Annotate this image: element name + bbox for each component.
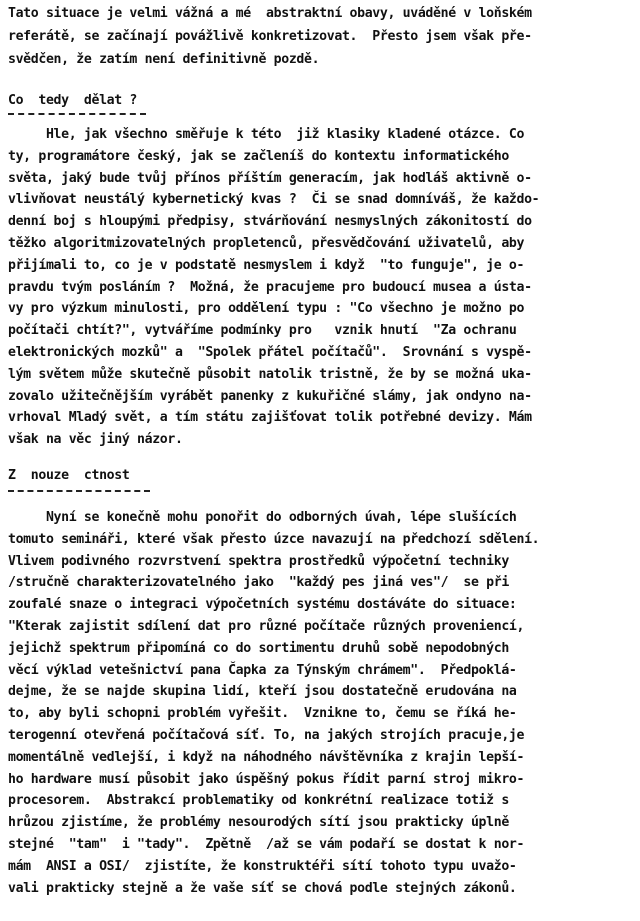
typewritten-page: Tato situace je velmi vážná a mé abstrak… xyxy=(0,0,640,921)
text-line: Vlivem podivného rozvrstvení spektra pro… xyxy=(8,554,509,570)
text-line: lým světem může skutečně působit natolik… xyxy=(8,367,532,383)
text-line: dejme, že se najde skupina lidí, kteří j… xyxy=(8,684,517,700)
text-line: ty, programátore český, jak se začleníš … xyxy=(8,149,509,165)
text-line: jejichž spektrum připomíná co do sortime… xyxy=(8,641,509,657)
text-line: pravdu tvým posláním ? Možná, že pracuje… xyxy=(8,280,532,296)
text-line: věcí výklad vetešnictví pana Čapka za Tý… xyxy=(8,663,517,679)
text-line: zoufalé snaze o integraci výpočetních sy… xyxy=(8,597,517,613)
text-line: mám ANSI a OSI/ zjistíte, že konstruktéř… xyxy=(8,859,517,875)
text-line: momentálně vedlejší, i když na náhodného… xyxy=(8,750,524,766)
text-line: elektronických mozků" a "Spolek přátel p… xyxy=(8,345,532,361)
text-line: stejné "tam" i "tady". Zpětně /až se vám… xyxy=(8,837,524,853)
text-line: Tato situace je velmi vážná a mé abstrak… xyxy=(8,6,532,22)
text-line: terogenní otevřená počítačová síť. To, n… xyxy=(8,728,524,744)
text-line: vali prakticky stejně a že vaše síť se c… xyxy=(8,881,517,897)
section-heading-co-tedy-delat: Co tedy dělat ? xyxy=(8,93,137,109)
text-line: ho hardware musí působit jako úspěšný po… xyxy=(8,772,524,788)
text-line: hrůzou zjistíme, že problémy nesourodých… xyxy=(8,815,509,831)
text-line: "Kterak zajistit sdílení dat pro různé p… xyxy=(8,619,524,635)
section-heading-z-nouze-ctnost: Z nouze ctnost xyxy=(8,468,129,484)
text-line: /stručně charakterizovatelného jako "kaž… xyxy=(8,575,509,591)
heading-underline xyxy=(8,113,146,115)
text-line: počítači chtít?", vytváříme podmínky pro… xyxy=(8,323,517,339)
text-line: těžko algoritmizovatelných propletenců, … xyxy=(8,236,524,252)
text-line: však na věc jiný názor. xyxy=(8,432,183,448)
text-line: Hle, jak všechno směřuje k této již klas… xyxy=(8,127,524,143)
text-line: svědčen, že zatím není definitivně pozdě… xyxy=(8,52,319,68)
text-line: referátě, se začínají povážlivě konkreti… xyxy=(8,29,532,45)
heading-underline xyxy=(8,490,150,492)
text-line: vrhoval Mladý svět, a tím státu zajišťov… xyxy=(8,410,532,426)
text-line: zovalo užitečnějším vyrábět panenky z ku… xyxy=(8,389,532,405)
text-line: denní boj s hloupými předpisy, stvárňová… xyxy=(8,214,532,230)
text-line: světa, jaký bude tvůj přínos příštím gen… xyxy=(8,171,532,187)
text-line: to, aby byli schopni problém vyřešit. Vz… xyxy=(8,706,517,722)
text-line: vlivňovat neustálý kybernetický kvas ? Č… xyxy=(8,192,539,208)
text-line: procesorem. Abstrakcí problematiky od ko… xyxy=(8,793,509,809)
text-line: tomuto semináři, které však přesto úzce … xyxy=(8,532,539,548)
text-line: přijímali to, co je v podstatě nesmyslem… xyxy=(8,258,524,274)
text-line: vy pro výzkum minulosti, pro oddělení ty… xyxy=(8,301,524,317)
text-line: Nyní se konečně mohu ponořit do odbornýc… xyxy=(8,510,517,526)
